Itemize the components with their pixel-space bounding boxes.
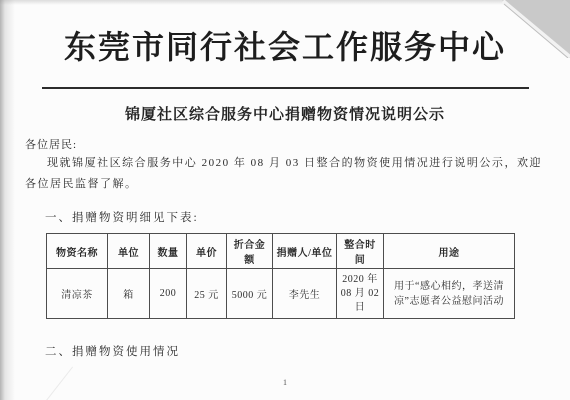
salutation: 各位居民: <box>25 136 77 152</box>
scanned-document-page: 东莞市同行社会工作服务中心 锦厦社区综合服务中心捐赠物资情况说明公示 各位居民:… <box>0 0 570 400</box>
intro-paragraph: 现就锦厦社区综合服务中心 2020 年 08 月 03 日整合的物资使用情况进行… <box>25 153 542 195</box>
cell-unit: 箱 <box>108 269 150 319</box>
cell-quantity: 200 <box>150 269 187 319</box>
header-integration-time: 整合时间 <box>337 234 384 269</box>
header-unit-price: 单价 <box>187 234 227 269</box>
scan-top-edge-shadow <box>0 0 570 5</box>
title-underline <box>42 87 529 89</box>
table-header-row: 物资名称 单位 数量 单价 折合金额 捐赠人/单位 整合时间 用途 <box>47 234 515 269</box>
cell-integration-time: 2020 年 08 月 02 日 <box>337 269 384 319</box>
corner-fold-shape <box>502 0 570 58</box>
header-donor: 捐赠人/单位 <box>273 234 337 269</box>
cell-purpose: 用于“感心相约，孝送清凉”志愿者公益慰问活动 <box>384 269 515 319</box>
cell-material-name: 清凉茶 <box>47 269 108 319</box>
organization-title: 东莞市同行社会工作服务中心 <box>0 22 570 68</box>
header-amount: 折合金额 <box>227 234 273 269</box>
cell-amount: 5000 元 <box>227 269 273 319</box>
document-title: 锦厦社区综合服务中心捐赠物资情况说明公示 <box>0 103 570 124</box>
header-quantity: 数量 <box>150 234 187 269</box>
header-purpose: 用途 <box>384 234 515 269</box>
table-row: 清凉茶 箱 200 25 元 5000 元 李先生 2020 年 08 月 02… <box>47 269 515 319</box>
cell-donor: 李先生 <box>273 269 337 319</box>
corner-fold <box>502 0 570 58</box>
page-number: 1 <box>0 378 570 387</box>
section-1-heading: 一、捐赠物资明细见下表: <box>45 209 199 225</box>
header-unit: 单位 <box>108 234 150 269</box>
header-material-name: 物资名称 <box>47 234 108 269</box>
section-2-heading: 二、捐赠物资使用情况 <box>45 343 180 359</box>
cell-unit-price: 25 元 <box>187 269 227 319</box>
donation-table: 物资名称 单位 数量 单价 折合金额 捐赠人/单位 整合时间 用途 清凉茶 箱 … <box>46 233 515 319</box>
